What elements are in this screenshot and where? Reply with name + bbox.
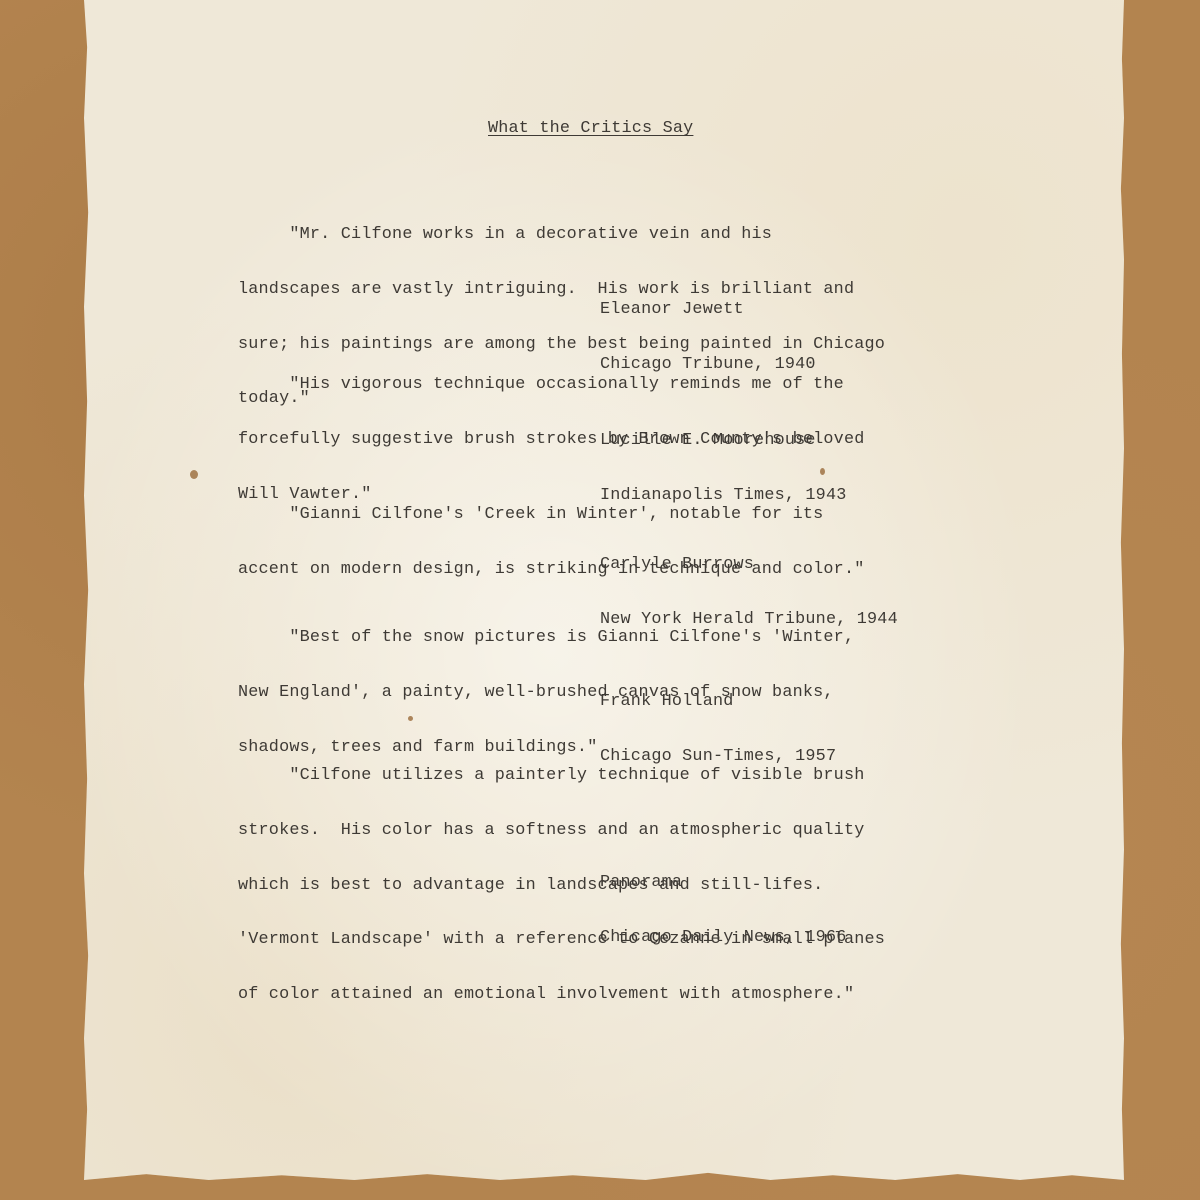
- quote-line: "Cilfone utilizes a painterly technique …: [238, 767, 885, 785]
- stain-mark: [190, 470, 198, 479]
- stain-mark: [820, 468, 825, 475]
- publication: Chicago Daily News, 1966: [600, 929, 847, 947]
- page-title: What the Critics Say: [488, 120, 693, 138]
- critic-name: Carlyle Burrows: [600, 556, 898, 574]
- quote-line: "Mr. Cilfone works in a decorative vein …: [238, 226, 885, 244]
- critic-name: Eleanor Jewett: [600, 301, 816, 319]
- critic-name: Panorama: [600, 874, 847, 892]
- quote-line: "Best of the snow pictures is Gianni Cil…: [238, 629, 854, 647]
- stain-mark: [408, 716, 413, 721]
- quote-line: "His vigorous technique occasionally rem…: [238, 376, 865, 394]
- review-attribution: Panorama Chicago Daily News, 1966: [600, 838, 847, 965]
- quote-line: of color attained an emotional involveme…: [238, 986, 885, 1004]
- critic-name: Lucille E. Moorehouse: [600, 432, 847, 450]
- critic-name: Frank Holland: [600, 693, 836, 711]
